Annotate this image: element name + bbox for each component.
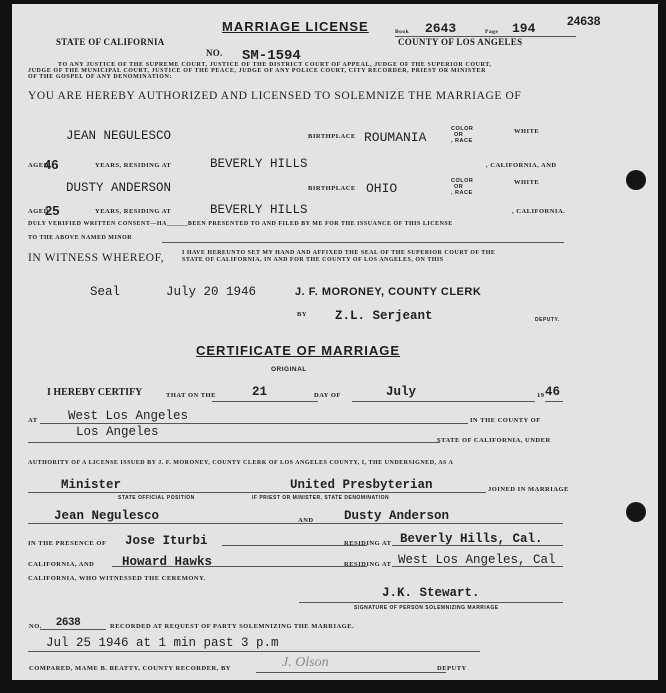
bride-birthplace-label: BIRTHPLACE xyxy=(308,185,356,192)
bride-color: WHITE xyxy=(514,179,539,186)
groom-color: WHITE xyxy=(514,128,539,135)
seal-label: Seal xyxy=(90,285,120,299)
state-label: STATE OF CALIFORNIA xyxy=(56,37,165,47)
groom-color-label: COLOR OR , RACE xyxy=(451,126,473,144)
place-underline-1 xyxy=(40,423,468,424)
deputy-label: DEPUTY. xyxy=(535,317,560,323)
officiant-signature-underline xyxy=(299,602,563,603)
witness-2-residence-underline xyxy=(392,566,563,567)
recorded-time-underline xyxy=(28,651,480,652)
recorder-deputy-label: DEPUTY xyxy=(437,665,467,672)
state-under-label: STATE OF CALIFORNIA, UNDER xyxy=(437,437,551,444)
witness-2-residence: West Los Angeles, Cal xyxy=(398,553,556,567)
marriage-place-line-2: Los Angeles xyxy=(76,425,159,439)
witness-2-underline xyxy=(112,566,367,567)
groom-birthplace: ROUMANIA xyxy=(364,130,426,145)
presence-label: IN THE PRESENCE OF xyxy=(28,540,106,547)
bride-residence-suffix: , CALIFORNIA. xyxy=(512,208,565,215)
witness-1-residence-underline xyxy=(392,545,563,546)
bride-birthplace: OHIO xyxy=(366,181,397,196)
groom-residing-label: YEARS, RESIDING AT xyxy=(95,162,171,169)
groom-residence-suffix: , CALIFORNIA, AND xyxy=(486,162,557,169)
bride-residing-label: YEARS, RESIDING AT xyxy=(95,208,171,215)
california-and-label: CALIFORNIA, AND xyxy=(28,561,94,568)
witness-1-name: Jose Iturbi xyxy=(125,534,208,548)
recorder-deputy-signature: J. Olson xyxy=(282,655,329,671)
punch-hole-top xyxy=(626,170,646,190)
issue-date: July 20 1946 xyxy=(166,285,256,299)
certify-label: I HEREBY CERTIFY xyxy=(47,387,142,398)
authorization-statement: YOU ARE HEREBY AUTHORIZED AND LICENSED T… xyxy=(28,90,521,102)
bride-color-label: COLOR OR , RACE xyxy=(451,178,473,196)
marriage-place-line-1: West Los Angeles xyxy=(68,409,188,423)
couple-underline xyxy=(28,523,563,524)
license-no-label: NO. xyxy=(206,48,223,58)
minor-underline xyxy=(162,242,564,243)
witness-1-residing-label: RESIDING AT xyxy=(344,540,391,547)
recorded-time: Jul 25 1946 at 1 min past 3 p.m xyxy=(46,636,279,650)
preamble-line-3: OF THE GOSPEL OF ANY DENOMINATION: xyxy=(28,74,172,80)
county-of-label: IN THE COUNTY OF xyxy=(470,417,541,424)
bride-residence: BEVERLY HILLS xyxy=(210,203,308,217)
day-of-label: DAY OF xyxy=(314,392,341,399)
that-on-label: THAT ON THE xyxy=(166,392,216,399)
page-number: 194 xyxy=(512,21,535,36)
certificate-bride-name: Dusty Anderson xyxy=(344,509,449,523)
year-underline xyxy=(545,401,563,402)
county-label: COUNTY OF LOS ANGELES xyxy=(398,37,522,47)
officiant-signature: J.K. Stewart. xyxy=(382,586,480,600)
minor-line: TO THE ABOVE NAMED MINOR xyxy=(28,235,132,241)
marriage-license-document: STATE OF CALIFORNIA MARRIAGE LICENSE NO.… xyxy=(12,4,658,680)
day-underline xyxy=(212,401,318,402)
joined-label: JOINED IN MARRIAGE xyxy=(488,486,569,493)
certificate-title: CERTIFICATE OF MARRIAGE xyxy=(196,343,400,358)
document-title: MARRIAGE LICENSE xyxy=(222,19,369,34)
groom-age: 46 xyxy=(44,157,58,172)
marriage-month: July xyxy=(386,385,416,399)
deputy-clerk-name: Z.L. Serjeant xyxy=(335,309,433,323)
bride-age: 25 xyxy=(45,203,59,218)
recording-number: 2638 xyxy=(56,616,80,628)
witness-1-residence: Beverly Hills, Cal. xyxy=(400,532,543,546)
place-underline-2 xyxy=(28,442,440,443)
marriage-year: 46 xyxy=(545,385,560,399)
witness-heading: IN WITNESS WHEREOF, xyxy=(28,252,164,264)
recording-number-underline xyxy=(40,629,106,630)
officiant-position: Minister xyxy=(61,478,121,492)
witness-2-residing-label: RESIDING AT xyxy=(344,561,391,568)
position-underline xyxy=(28,492,486,493)
groom-name: JEAN NEGULESCO xyxy=(66,129,171,143)
witness-text-line-2: STATE OF CALIFORNIA, IN AND FOR THE COUN… xyxy=(182,257,444,263)
certificate-subtitle: ORIGINAL xyxy=(271,366,307,373)
compared-label: COMPARED, MAME B. BEATTY, COUNTY RECORDE… xyxy=(29,665,231,672)
denomination-label: IF PRIEST OR MINISTER, STATE DENOMINATIO… xyxy=(252,495,389,501)
marriage-day: 21 xyxy=(252,385,267,399)
book-number: 2643 xyxy=(425,21,456,36)
county-clerk: J. F. MORONEY, COUNTY CLERK xyxy=(295,286,481,298)
compared-underline xyxy=(256,672,446,673)
page-label: Page xyxy=(485,29,498,35)
year-prefix-label: 19 xyxy=(537,392,545,399)
authority-line: AUTHORITY OF A LICENSE ISSUED BY J. F. M… xyxy=(28,460,453,466)
and-label: AND xyxy=(298,517,314,524)
witnessed-ceremony-label: CALIFORNIA, WHO WITNESSED THE CEREMONY. xyxy=(28,575,206,582)
bride-name: DUSTY ANDERSON xyxy=(66,181,171,195)
at-label: AT xyxy=(28,417,38,424)
consent-line: DULY VERIFIED WRITTEN CONSENT—HA______BE… xyxy=(28,221,453,227)
officiant-denomination: United Presbyterian xyxy=(290,478,433,492)
document-number: 24638 xyxy=(567,14,600,28)
book-label: Book xyxy=(395,29,409,35)
signature-label: SIGNATURE OF PERSON SOLEMNIZING MARRIAGE xyxy=(354,605,499,611)
recorded-label: RECORDED AT REQUEST OF PARTY SOLEMNIZING… xyxy=(110,623,354,630)
month-underline xyxy=(352,401,535,402)
witness-text-line-1: I HAVE HEREUNTO SET MY HAND AND AFFIXED … xyxy=(182,250,495,256)
certificate-groom-name: Jean Negulesco xyxy=(54,509,159,523)
punch-hole-bottom xyxy=(626,502,646,522)
groom-residence: BEVERLY HILLS xyxy=(210,157,308,171)
position-label: STATE OFFICIAL POSITION xyxy=(118,495,195,501)
by-label: BY xyxy=(297,311,307,318)
groom-birthplace-label: BIRTHPLACE xyxy=(308,133,356,140)
